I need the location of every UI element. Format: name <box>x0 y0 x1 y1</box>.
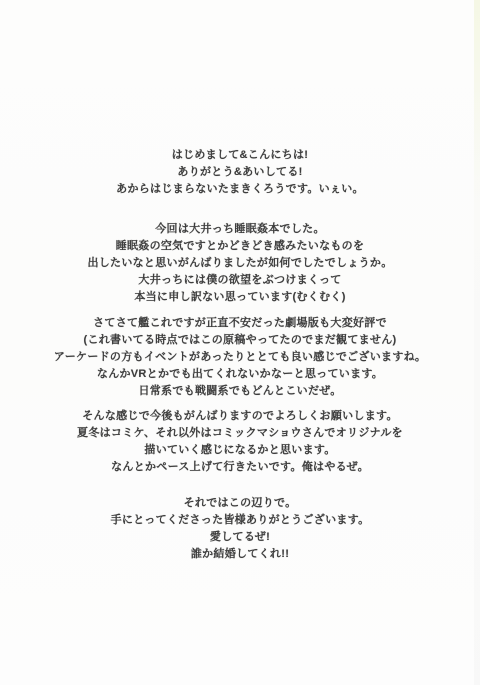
text-line: はじめまして&こんにちは! <box>0 147 480 164</box>
text-line: 本当に申し訳ない思っています(むくむく) <box>0 289 480 306</box>
text-line: (これ書いてる時点ではこの原稿やってたのでまだ観てません) <box>0 332 480 349</box>
text-line: 手にとってくださった皆様ありがとうございます。 <box>0 512 480 529</box>
afterword-page: はじめまして&こんにちは! ありがとう&あいしてる! あからはじまらないたまきく… <box>0 0 480 685</box>
text-line: なんかVRとかでも出てくれないかなーと思っています。 <box>0 366 480 383</box>
text-line: アーケードの方もイベントがあったりととても良い感じでございますね。 <box>0 349 480 366</box>
text-line: さてさて艦これですが正直不安だった劇場版も大変好評で <box>0 315 480 332</box>
book-comment-block: 今回は大井っち睡眠姦本でした。 睡眠姦の空気ですとかどきどき感みたいなものを 出… <box>0 221 480 306</box>
text-line: 愛してるぜ! <box>0 529 480 546</box>
text-line: あからはじまらないたまきくろうです。いぇい。 <box>0 181 480 198</box>
text-line: 誰か結婚してくれ!! <box>0 546 480 563</box>
text-line: 出したいなと思いがんばりましたが如何でしたでしょうか。 <box>0 255 480 272</box>
text-line: ありがとう&あいしてる! <box>0 164 480 181</box>
franchise-comment-block: さてさて艦これですが正直不安だった劇場版も大変好評で (これ書いてる時点ではこの… <box>0 315 480 400</box>
text-line: 日常系でも戦闘系でもどんとこいだぜ。 <box>0 383 480 400</box>
text-line: 今回は大井っち睡眠姦本でした。 <box>0 221 480 238</box>
text-line: 夏冬はコミケ、それ以外はコミックマショウさんでオリジナルを <box>0 425 480 442</box>
text-line: 大井っちには僕の欲望をぶつけまくって <box>0 272 480 289</box>
text-line: 睡眠姦の空気ですとかどきどき感みたいなものを <box>0 238 480 255</box>
closing-block: それではこの辺りで。 手にとってくださった皆様ありがとうございます。 愛してるぜ… <box>0 495 480 563</box>
future-plans-block: そんな感じで今後もがんばりますのでよろしくお願いします。 夏冬はコミケ、それ以外… <box>0 408 480 476</box>
text-line: なんとかペース上げて行きたいです。俺はやるぜ。 <box>0 459 480 476</box>
greeting-block: はじめまして&こんにちは! ありがとう&あいしてる! あからはじまらないたまきく… <box>0 147 480 198</box>
text-line: 描いていく感じになるかと思います。 <box>0 442 480 459</box>
text-line: そんな感じで今後もがんばりますのでよろしくお願いします。 <box>0 408 480 425</box>
afterword-text: はじめまして&こんにちは! ありがとう&あいしてる! あからはじまらないたまきく… <box>0 147 480 563</box>
text-line: それではこの辺りで。 <box>0 495 480 512</box>
